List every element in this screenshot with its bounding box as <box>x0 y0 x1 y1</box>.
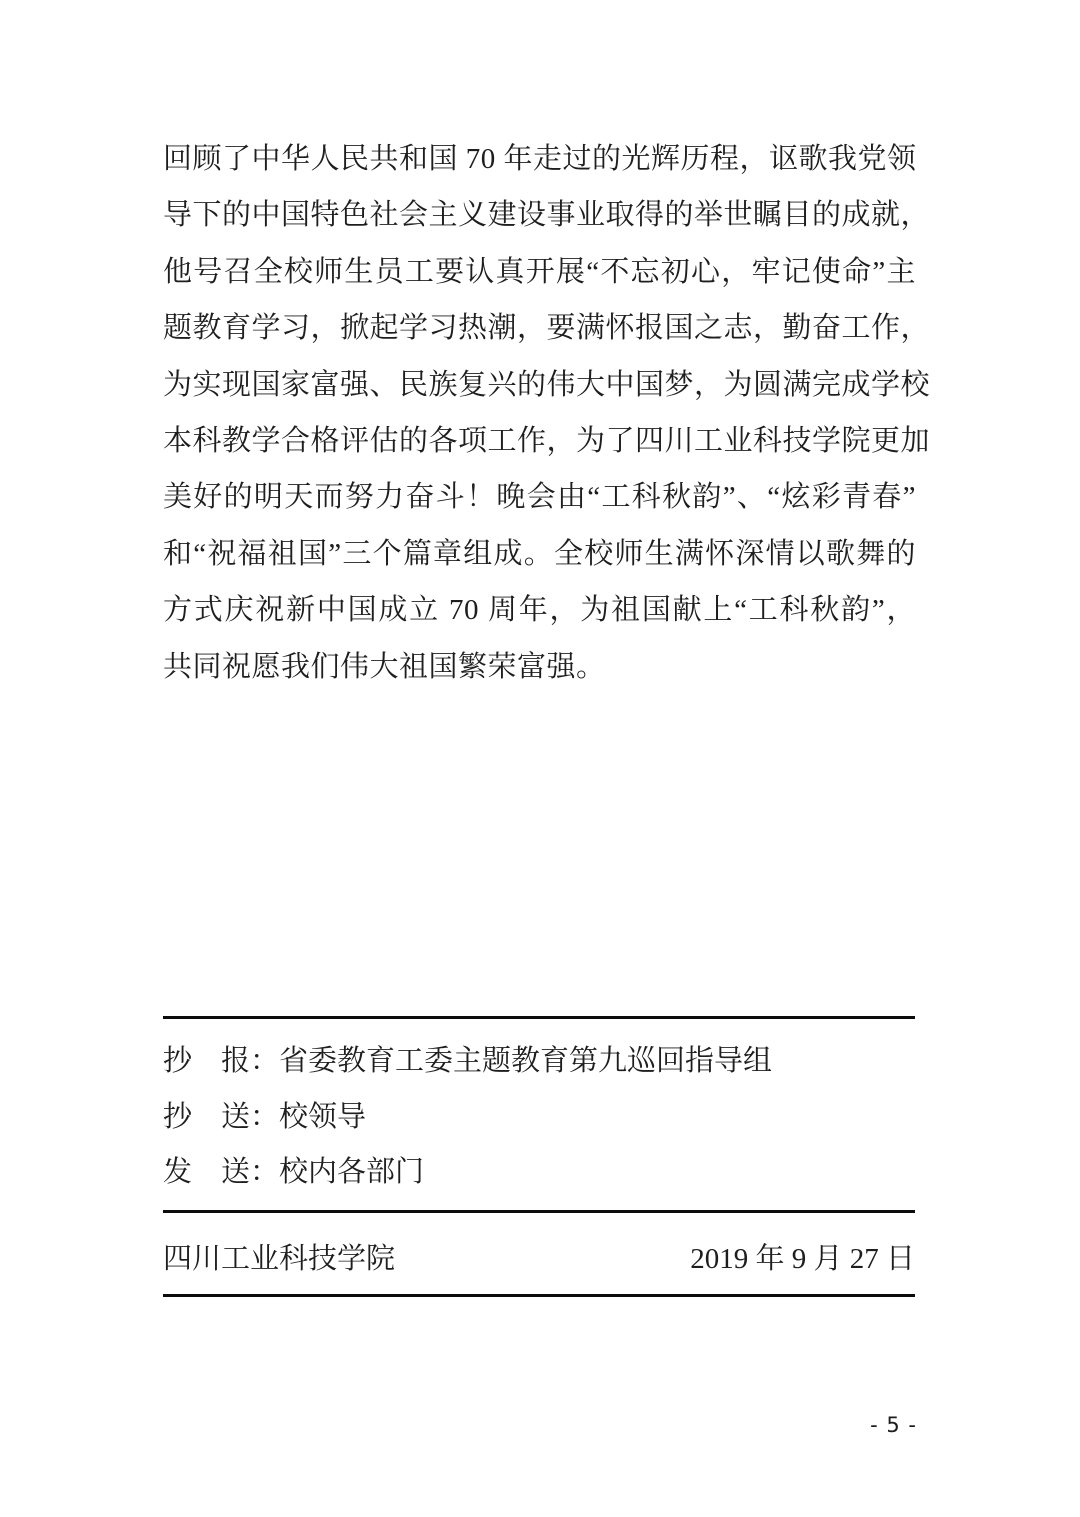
distribution-row-issue-send: 发 送：校内各部门 <box>163 1145 915 1201</box>
body-line: 美好的明天而努力奋斗！晚会由“工科秋韵”、“炫彩青春” <box>163 469 916 525</box>
distribution-label: 抄 报： <box>163 1045 279 1077</box>
document-page: 回顾了中华人民共和国 70 年走过的光辉历程，讴歌我党领 导下的中国特色社会主义… <box>0 0 1080 1517</box>
body-paragraph: 回顾了中华人民共和国 70 年走过的光辉历程，讴歌我党领 导下的中国特色社会主义… <box>163 131 916 695</box>
separator-rule-top <box>163 1016 915 1019</box>
separator-rule-bottom <box>163 1294 915 1297</box>
body-line: 共同祝愿我们伟大祖国繁荣富强。 <box>163 639 916 695</box>
body-line: 和“祝福祖国”三个篇章组成。全校师生满怀深情以歌舞的 <box>163 526 916 582</box>
body-line: 为实现国家富强、民族复兴的伟大中国梦，为圆满完成学校 <box>163 357 916 413</box>
distribution-value: 校内各部门 <box>279 1156 424 1188</box>
body-line: 他号召全校师生员工要认真开展“不忘初心，牢记使命”主 <box>163 244 916 300</box>
organization-name: 四川工业科技学院 <box>163 1236 395 1277</box>
signature-row: 四川工业科技学院 2019 年 9 月 27 日 <box>163 1236 915 1276</box>
distribution-label: 发 送： <box>163 1156 279 1188</box>
distribution-row-copy-send: 抄 送：校领导 <box>163 1090 915 1146</box>
separator-rule-middle <box>163 1210 915 1213</box>
body-line: 导下的中国特色社会主义建设事业取得的举世瞩目的成就， <box>163 187 916 243</box>
distribution-label: 抄 送： <box>163 1101 279 1133</box>
distribution-value: 校领导 <box>279 1101 366 1133</box>
body-line: 回顾了中华人民共和国 70 年走过的光辉历程，讴歌我党领 <box>163 131 916 187</box>
distribution-block: 抄 报：省委教育工委主题教育第九巡回指导组 抄 送：校领导 发 送：校内各部门 <box>163 1034 915 1201</box>
distribution-value: 省委教育工委主题教育第九巡回指导组 <box>279 1045 772 1077</box>
body-line: 本科教学合格评估的各项工作，为了四川工业科技学院更加 <box>163 413 916 469</box>
distribution-row-copy-report: 抄 报：省委教育工委主题教育第九巡回指导组 <box>163 1034 915 1090</box>
signature-date: 2019 年 9 月 27 日 <box>690 1236 915 1277</box>
body-line: 题教育学习，掀起学习热潮，要满怀报国之志，勤奋工作， <box>163 300 916 356</box>
page-number: - 5 - <box>870 1413 917 1437</box>
body-line: 方式庆祝新中国成立 70 周年，为祖国献上“工科秋韵”， <box>163 582 916 638</box>
